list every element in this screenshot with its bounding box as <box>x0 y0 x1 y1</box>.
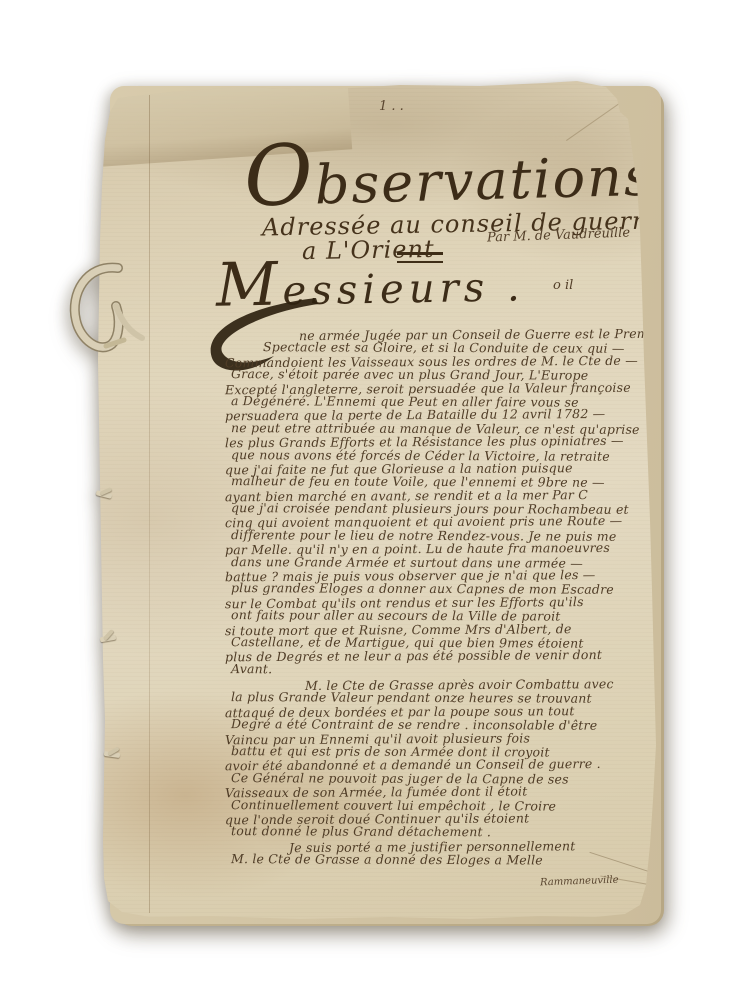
salutation-margin-note: o il <box>553 278 573 293</box>
paper-stack: 1 . . Observations Adressée au conseil d… <box>0 0 750 1003</box>
manuscript-photo: 1 . . Observations Adressée au conseil d… <box>0 0 750 1003</box>
page-number: 1 . . <box>379 99 404 114</box>
binding-thread-loop-icon <box>62 258 148 368</box>
manuscript-line: Avant. <box>231 662 649 677</box>
paragraph-2: M. le Cte de Grasse après avoir Combattu… <box>225 678 649 839</box>
paragraph-1: ne armée Jugée par un Conseil de Guerre … <box>225 328 649 676</box>
manuscript-line: M. le Cte de Grasse a donné des Eloges a… <box>231 852 649 867</box>
manuscript-line: tout donné le plus Grand détachement . <box>231 824 649 839</box>
paragraph-3: Je suis porté a me justifier personnelle… <box>225 840 649 867</box>
signature-scribble: Rammaneuville <box>540 875 619 889</box>
left-fold-line <box>149 95 150 913</box>
